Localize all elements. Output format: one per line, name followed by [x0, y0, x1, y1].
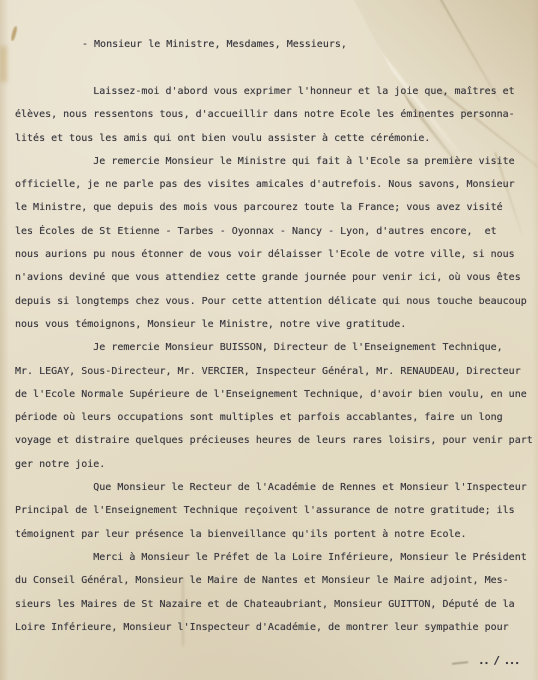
pencil-smudge: [452, 661, 468, 665]
paper-tear-mark: [10, 26, 18, 42]
speech-body-text: Laissez-moi d'abord vous exprimer l'honn…: [15, 80, 533, 639]
scanned-document-page: - Monsieur le Ministre, Mesdames, Messie…: [0, 0, 538, 680]
salutation-line: - Monsieur le Ministre, Mesdames, Messie…: [82, 33, 347, 56]
paper-stain: [0, 46, 7, 82]
continuation-mark: .. / ...: [478, 654, 519, 667]
